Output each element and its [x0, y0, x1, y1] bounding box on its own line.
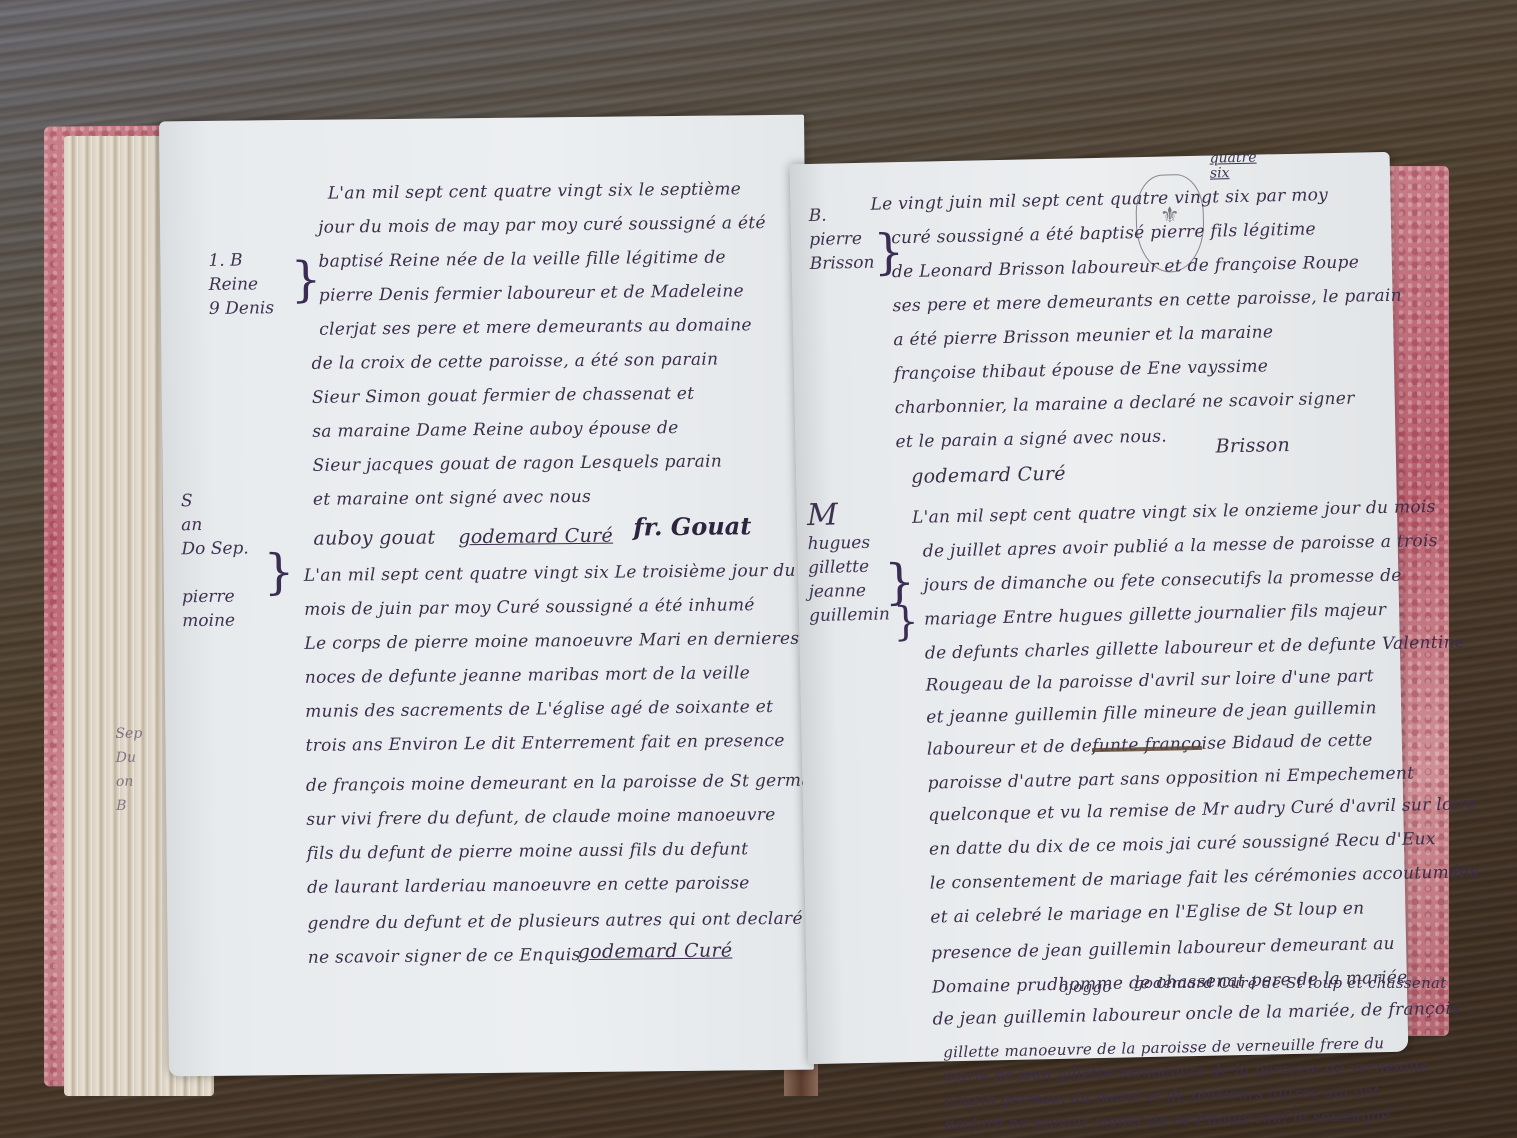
- margin-mark: B.: [809, 206, 827, 226]
- signature: godemard Curé: [911, 463, 1066, 488]
- entry-line: Le vingt juin mil sept cent quatre vingt…: [870, 185, 1328, 215]
- entry-line: curé soussigné a été baptisé pierre fils…: [891, 219, 1316, 248]
- signature: godemard Curé: [458, 525, 613, 549]
- open-register-book: 1. B Reine 9 Denis } L'an mil sept cent …: [44, 106, 1434, 1106]
- signature: auboy gouat: [313, 527, 435, 550]
- entry-line: de jean guillemin laboureur oncle de la …: [932, 999, 1460, 1030]
- entry-line: mois de juin par moy Curé soussigné a ét…: [304, 595, 755, 620]
- margin-name-line: pierre: [809, 229, 862, 250]
- brace-icon: }: [263, 548, 294, 596]
- margin-prefix: 1.: [208, 251, 224, 271]
- entry-line: jour du mois de may par moy curé soussig…: [318, 213, 766, 238]
- entry-line: et ai celebré le mariage en l'Eglise de …: [930, 899, 1364, 928]
- entry-line: Le corps de pierre moine manoeuvre Mari …: [304, 629, 799, 654]
- margin-note-marriage-gillette-guillemin: M hugues gillette jeanne guillemin: [807, 502, 890, 628]
- entry-line: de Leonard Brisson laboureur et de franç…: [892, 252, 1360, 282]
- signature: godemard Curé de St loup et chassenat: [1134, 974, 1447, 992]
- entry-line: mariage Entre hugues gillette journalier…: [924, 600, 1386, 630]
- correction-word: six: [1210, 165, 1230, 181]
- brace-icon: }: [290, 256, 321, 304]
- margin-name-line: pierre: [182, 587, 235, 608]
- margin-name-line: Do Sep.: [181, 538, 248, 559]
- entry-line: gendre du defunt et de plusieurs autres …: [307, 909, 803, 934]
- entry-line: L'an mil sept cent quatre vingt six le s…: [328, 179, 742, 203]
- margin-mark: M: [807, 497, 838, 533]
- margin-name-line: Brisson: [810, 253, 875, 274]
- entry-line: clerjat ses pere et mere demeurants au d…: [319, 315, 752, 340]
- entry-line: laboureur et de defunte françoise Bidaud…: [927, 730, 1373, 759]
- entry-line: ses pere et mere demeurants en cette par…: [892, 286, 1402, 317]
- entry-line: Sieur Simon gouat fermier de chassenat e…: [312, 384, 695, 408]
- margin-extra: 9: [209, 299, 220, 319]
- entry-line: sur vivi frere du defunt, de claude moin…: [306, 805, 775, 830]
- entry-line: en datte du dix de ce mois jai curé sous…: [929, 829, 1436, 860]
- entry-line: L'an mil sept cent quatre vingt six le o…: [912, 497, 1436, 528]
- superscript-correction: quatre six: [1209, 151, 1257, 182]
- entry-line: cousin germain du marié et de plusieurs …: [944, 1082, 1380, 1109]
- right-page: ⚜ B. pierre Brisson } quatre six Le ving…: [790, 152, 1409, 1064]
- margin-name-line: hugues: [807, 533, 870, 554]
- entry-line: le consentement de mariage fait les céré…: [930, 862, 1479, 893]
- entry-line: trois ans Environ Le dit Enterrement fai…: [305, 731, 784, 756]
- edge-note: B: [116, 798, 126, 814]
- entry-line: L'an mil sept cent quatre vingt six Le t…: [304, 561, 796, 586]
- entry-line: baptisé Reine née de la veille fille lég…: [318, 247, 726, 271]
- entry-line: fils du defunt de pierre moine aussi fil…: [307, 839, 749, 864]
- margin-note-burial-pierre-moine: S an Do Sep. pierre moine: [181, 488, 250, 633]
- entry-line: et le parain a signé avec nous.: [895, 427, 1167, 453]
- entry-line: paroisse d'autre part sans opposition ni…: [927, 763, 1414, 793]
- margin-name-line: Reine: [209, 274, 259, 295]
- entry-line: et maraine ont signé avec nous: [313, 487, 591, 510]
- margin-name-line: Denis: [225, 298, 274, 319]
- margin-name-line: jeanne: [808, 581, 866, 602]
- entry-line: et jeanne guillemin fille mineure de jea…: [926, 698, 1377, 727]
- margin-name-line: gillette: [808, 557, 869, 578]
- entry-line: declaré ne scavoir signer de ce Enquis s…: [945, 1106, 1391, 1133]
- entry-line: de françois moine demeurant en la parois…: [306, 770, 829, 795]
- margin-mark: S: [181, 491, 193, 511]
- entry-line: a été pierre Brisson meunier et la marai…: [893, 322, 1273, 350]
- signature: godemard Curé: [578, 939, 733, 963]
- entry-line: de la croix de cette paroisse, a été son…: [311, 350, 718, 374]
- margin-name-line: guillemin: [809, 604, 890, 626]
- entry-line: noces de defunte jeanne maribas mort de …: [305, 663, 750, 688]
- entry-line: Sieur jacques gouat de ragon Lesquels pa…: [313, 452, 723, 476]
- entry-line: Rougeau de la paroisse d'avril sur loire…: [925, 666, 1374, 695]
- entry-line: marié de jean gillette manoeuvre de la p…: [944, 1057, 1429, 1085]
- entry-line: jours de dimanche ou fete consecutifs la…: [923, 566, 1402, 596]
- entry-line: sa maraine Dame Reine auboy épouse de: [312, 418, 678, 442]
- entry-burial-pierre-moine: L'an mil sept cent quatre vingt six Le t…: [159, 115, 804, 122]
- entry-line: munis des sacrements de L'église agé de …: [305, 697, 773, 722]
- signature: fr. Gouat: [633, 511, 751, 541]
- entry-line: françoise thibaut épouse de Ene vayssime: [894, 356, 1269, 384]
- entry-line: presence de jean guillemin laboureur dem…: [931, 934, 1395, 964]
- entry-line: de defunts charles gillette laboureur et…: [925, 632, 1466, 663]
- edge-note: on: [116, 774, 134, 790]
- left-page: 1. B Reine 9 Denis } L'an mil sept cent …: [159, 115, 814, 1077]
- edge-note: Sep: [115, 726, 142, 742]
- entry-line: ne scavoir signer de ce Enquis: [308, 945, 581, 968]
- entry-baptism-pierre-brisson: quatre six Le vingt juin mil sept cent q…: [790, 152, 1390, 165]
- brace-icon: }: [893, 602, 919, 643]
- margin-prefix: an: [181, 515, 202, 535]
- signature: Brisson: [1215, 434, 1290, 458]
- entry-line: pierre Denis fermier laboureur et de Mad…: [319, 281, 744, 305]
- entry-baptism-reine-denis: L'an mil sept cent quatre vingt six le s…: [159, 115, 804, 122]
- entry-marriage-gillette-guillemin: L'an mil sept cent quatre vingt six le o…: [790, 152, 1390, 165]
- margin-note-baptism-pierre-brisson: B. pierre Brisson: [808, 203, 874, 276]
- entry-line: de juillet apres avoir publié a la messe…: [923, 531, 1438, 562]
- edge-note: Du: [116, 750, 136, 766]
- entry-line: gillette manoeuvre de la paroisse de ver…: [943, 1034, 1384, 1061]
- margin-mark: B: [230, 251, 243, 271]
- entry-line: de laurant larderiau manoeuvre en cette …: [307, 873, 750, 898]
- edge-notes: Sep Du on B: [115, 722, 143, 818]
- correction-word: quatre: [1209, 150, 1256, 167]
- margin-note-baptism-reine-denis: 1. B Reine 9 Denis: [208, 248, 274, 321]
- margin-name-line: moine: [182, 611, 235, 632]
- entry-line: quelconque et vu la remise de Mr audry C…: [928, 794, 1477, 825]
- entry-line: charbonnier, la maraine a declaré ne sca…: [895, 389, 1355, 419]
- signature: ojoggo: [1059, 978, 1112, 996]
